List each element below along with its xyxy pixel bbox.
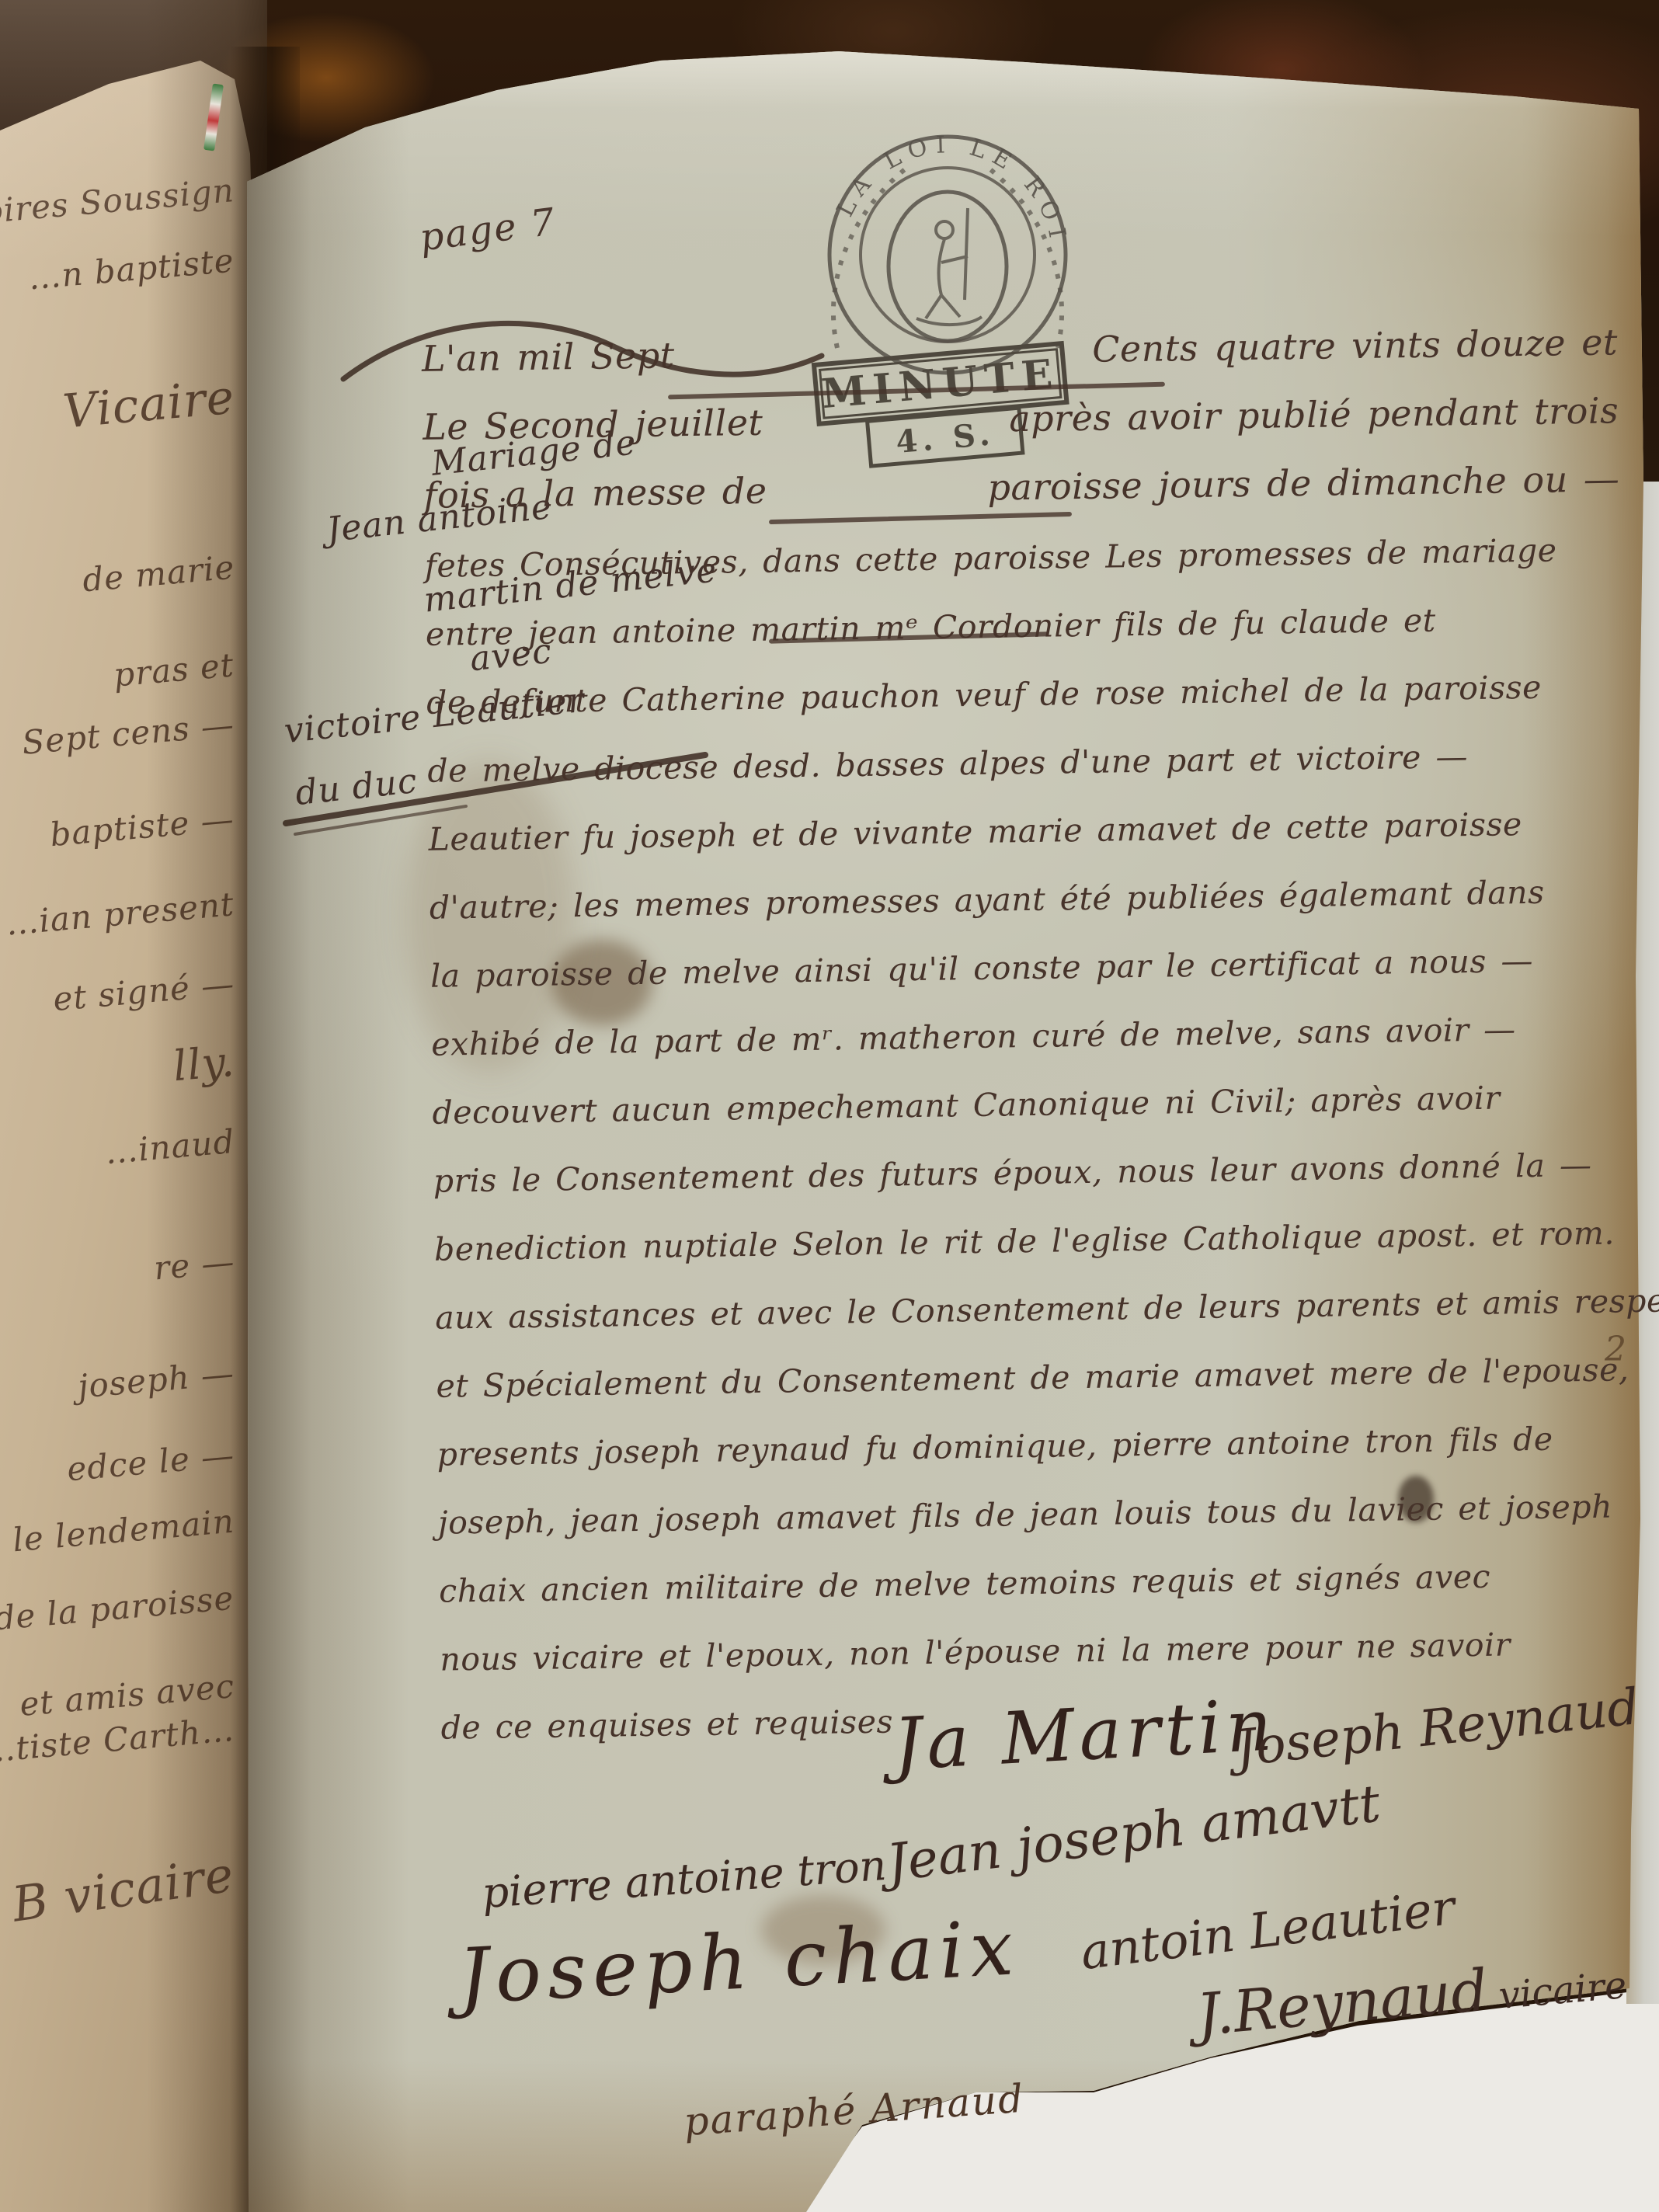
left-page-fragment: B vicaire (9, 1845, 237, 1932)
left-page-fragments: …oires Soussign…n baptisteVicairede mari… (0, 0, 245, 2212)
line-left-part: de ce enquises et requises (440, 1703, 893, 1747)
line-right-part: paroisse jours de dimanche ou — (987, 457, 1620, 508)
left-page-fragment: re — (152, 1243, 236, 1288)
left-page-fragment: joseph — (76, 1354, 236, 1405)
left-page-fragment: …n baptiste (27, 242, 236, 297)
line-right-part: Cents quatre vints douze et (1092, 321, 1618, 370)
left-page-fragment: edce le — (65, 1436, 236, 1489)
left-page-fragment: Vicaire (61, 370, 236, 439)
left-page-fragment: de la paroisse (0, 1579, 236, 1638)
act-body-text: L'an mil Sept Cents quatre vints douze e… (421, 294, 1637, 1746)
left-page-fragment: de marie (81, 548, 236, 600)
left-page-fragment: …inaud (103, 1122, 236, 1171)
line-left-part: L'an mil Sept (422, 334, 675, 380)
left-page-fragment: Sept cens — (20, 705, 235, 762)
left-page-fragment: lly. (171, 1037, 236, 1091)
left-page-fragment: …ian present (4, 885, 235, 943)
photograph-of-parish-register: { "colors": { "ink": "#46332a", "paper_r… (0, 0, 1659, 2212)
left-page-fragment: le lendemain (11, 1502, 235, 1560)
left-page-fragment: baptiste — (49, 800, 236, 854)
left-page-fragment: et signé — (51, 965, 236, 1018)
left-page-fragment: pras et (113, 645, 236, 694)
line-right-part: après avoir publié pendant trois (1009, 389, 1619, 440)
line-left-part: fois a la messe de (423, 470, 767, 516)
left-page-fragment: …oires Soussign (0, 171, 235, 234)
line-left-part: Le Second jeuillet (423, 402, 763, 448)
vicaire-role: vicaire (1497, 1963, 1628, 2018)
